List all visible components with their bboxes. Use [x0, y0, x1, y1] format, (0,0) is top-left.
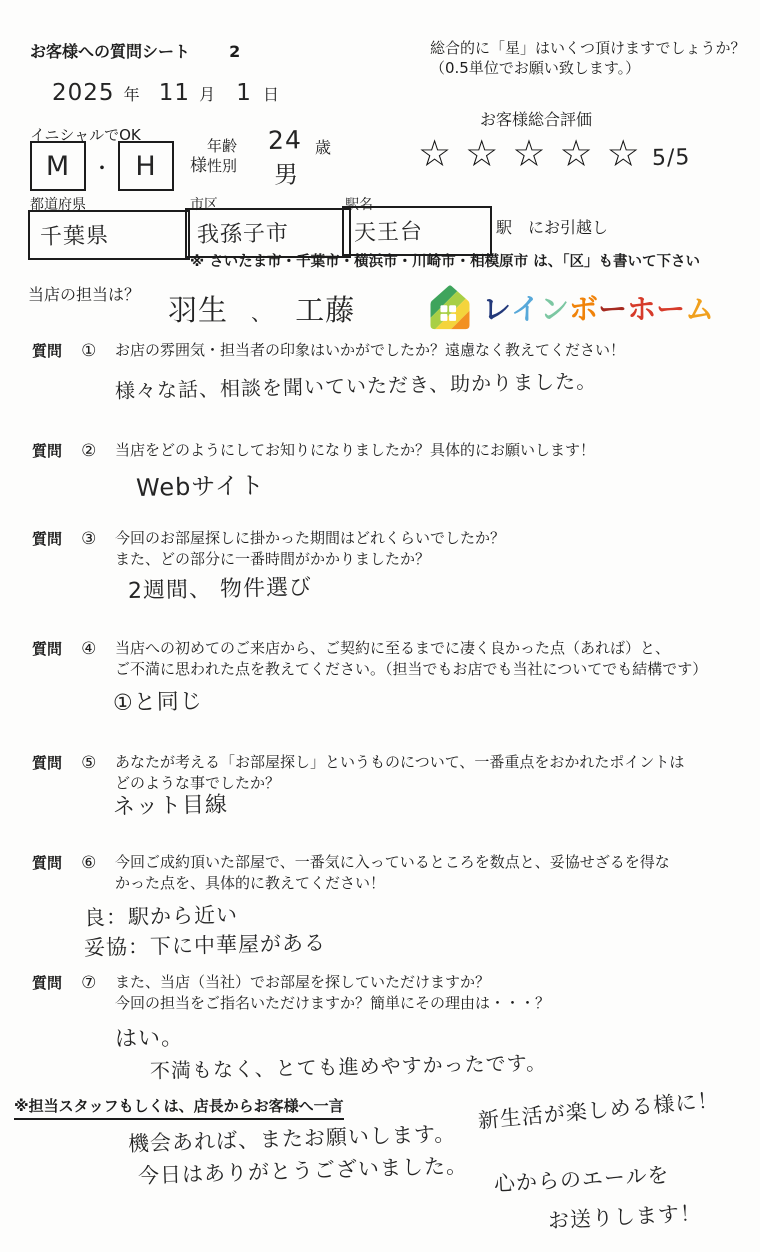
- question-6-text-line1: 今回ご成約頂いた部屋で、一番気に入っているところを数点と、妥協せざるを得な: [115, 852, 670, 873]
- rainbow-house-icon: [424, 281, 476, 333]
- question-4-answer-handwritten: ①と同じ: [113, 684, 203, 717]
- age-gender-labels: 年齢 性別: [207, 136, 237, 176]
- question-5-text-line1: あなたが考える「お部屋探し」というものについて、一番重点をおかれたポイントは: [115, 752, 684, 773]
- footer-heading: ※担当スタッフもしくは、店長からお客様へ一言: [14, 1095, 344, 1120]
- question-2-label: 質問: [32, 442, 62, 460]
- initial-group: M ・ H 様: [30, 141, 207, 191]
- initial-last-handwritten: H: [135, 151, 156, 182]
- question-7-answer2-handwritten: 不満もなく、とても進めやすかったです。: [150, 1047, 548, 1084]
- logo-char: イ: [511, 287, 540, 328]
- question-1-label: 質問: [32, 342, 62, 360]
- initial-first-box: M: [30, 141, 86, 191]
- age-value-handwritten: 24: [268, 125, 302, 155]
- logo-char: レ: [482, 287, 511, 328]
- questionnaire-sheet: お客様への質問シート 2 総合的に「星」はいくつ頂けますでしょうか？ （0.5単…: [0, 0, 760, 1252]
- question-7-answer1-handwritten: はい。: [115, 1021, 185, 1053]
- age-label: 年齢: [207, 136, 237, 156]
- question-2-text: 当店をどのようにしてお知りになりましたか？具体的にお願いします！: [115, 440, 595, 461]
- logo-char: ボ: [569, 287, 598, 328]
- cheer-line1-handwritten: 新生活が楽しめる様に！: [477, 1084, 721, 1135]
- question-2: 質問 ② 当店をどのようにしてお知りになりましたか？具体的にお願いします！: [32, 440, 96, 461]
- question-5-answer-handwritten: ネット目線: [113, 788, 229, 821]
- question-4-number: ④: [81, 639, 96, 659]
- logo-char: ホ: [627, 287, 656, 328]
- date-day-label: 日: [263, 85, 279, 104]
- gender-value-handwritten: 男: [274, 154, 300, 190]
- question-6-label: 質問: [32, 854, 62, 872]
- question-6-answer2-handwritten: 妥協：下に中華屋がある: [84, 927, 327, 962]
- question-6-answer1-handwritten: 良：駅から近い: [84, 899, 239, 932]
- date-month-label: 月: [199, 85, 215, 104]
- question-3: 質問 ③ 今回のお部屋探しに掛かった期間はどれくらいでしたか？ また、どの部分に…: [32, 528, 96, 549]
- question-1-answer-handwritten: 様々な話、相談を聞いていただき、助かりました。: [115, 365, 598, 404]
- prefecture-box: 千葉県: [28, 210, 190, 260]
- date-month-handwritten: 11: [159, 80, 190, 106]
- station-box: 天王台: [342, 206, 492, 256]
- question-1-number: ①: [81, 341, 96, 361]
- question-4-text-line2: ご不満に思われた点を教えてください。（担当でもお店でも当社についてでも結構です）: [115, 659, 707, 680]
- station-suffix: 駅 にお引越し: [496, 218, 608, 238]
- question-2-answer-handwritten: Webサイト: [136, 465, 265, 503]
- page-title: お客様への質問シート: [30, 42, 190, 61]
- initial-first-handwritten: M: [46, 151, 70, 182]
- question-6-number: ⑥: [81, 853, 96, 873]
- question-3-number: ③: [81, 529, 96, 549]
- cheer-line3-handwritten: お送りします！: [547, 1197, 702, 1235]
- logo-char: ム: [685, 287, 714, 328]
- gender-label: 性別: [207, 156, 237, 176]
- initial-separator: ・: [92, 152, 112, 181]
- staff-name-2: 工藤: [295, 293, 355, 327]
- logo-char: ー: [656, 287, 685, 328]
- logo-text: レインボーホーム: [482, 287, 714, 328]
- staff-names-handwritten: 羽生 、 工藤: [168, 288, 355, 329]
- question-3-answer-handwritten: 2週間、 物件選び: [128, 570, 313, 605]
- rating-question-line1: 総合的に「星」はいくつ頂けますでしょうか？: [430, 38, 745, 58]
- staff-name-1: 羽生: [168, 293, 228, 327]
- logo-char: ー: [598, 287, 627, 328]
- question-3-label: 質問: [32, 530, 62, 548]
- rating-label: お客様総合評価: [480, 110, 592, 130]
- cheer-line2-handwritten: 心からのエールを: [493, 1159, 670, 1198]
- initial-last-box: H: [118, 141, 174, 191]
- question-7-label: 質問: [32, 974, 62, 992]
- question-6-text-line2: かった点を、具体的に教えてください！: [115, 873, 670, 894]
- question-4-label: 質問: [32, 640, 62, 658]
- question-7-number: ⑦: [81, 973, 96, 993]
- address-note: ※ さいたま市・千葉市・横浜市・川崎市・相模原市 は、「区」も書いて下さい: [190, 250, 700, 271]
- question-1-text: お店の雰囲気・担当者の印象はいかがでしたか？遠慮なく教えてください！: [115, 340, 625, 361]
- question-6: 質問 ⑥ 今回ご成約頂いた部屋で、一番気に入っているところを数点と、妥協せざるを…: [32, 852, 96, 873]
- company-logo: レインボーホーム: [424, 281, 714, 333]
- prefecture-value-handwritten: 千葉県: [40, 218, 110, 250]
- station-value-handwritten: 天王台: [354, 214, 424, 246]
- rating-question: 総合的に「星」はいくつ頂けますでしょうか？ （0.5単位でお願い致します。）: [430, 38, 745, 78]
- question-1: 質問 ① お店の雰囲気・担当者の印象はいかがでしたか？遠慮なく教えてください！: [32, 340, 96, 361]
- date-day-handwritten: 1: [236, 80, 252, 106]
- header-title-row: お客様への質問シート 2: [30, 42, 240, 62]
- question-7-text-line2: 今回の担当をご指名いただけますか？簡単にその理由は・・・？: [115, 993, 550, 1014]
- sheet-number: 2: [229, 42, 240, 61]
- logo-char: ン: [540, 287, 569, 328]
- city-value-handwritten: 我孫子市: [197, 216, 290, 249]
- question-4-text-line1: 当店への初めてのご来店から、ご契約に至るまでに凄く良かった点（あれば）と、: [115, 638, 707, 659]
- star-rating-icons: ☆☆☆☆☆: [418, 132, 654, 175]
- date-year-handwritten: 2025: [52, 80, 115, 106]
- staff-name-separator: 、: [251, 301, 272, 325]
- question-4: 質問 ④ 当店への初めてのご来店から、ご契約に至るまでに凄く良かった点（あれば）…: [32, 638, 96, 659]
- rating-score-handwritten: 5/5: [652, 145, 691, 171]
- honorific-label: 様: [190, 156, 207, 176]
- question-2-number: ②: [81, 441, 96, 461]
- date-year-label: 年: [124, 85, 140, 104]
- question-5-label: 質問: [32, 754, 62, 772]
- date-row: 2025 年 11 月 1 日: [52, 80, 279, 106]
- staff-question: 当店の担当は？: [28, 285, 140, 305]
- question-3-text-line2: また、どの部分に一番時間がかかりましたか？: [115, 549, 505, 570]
- question-5: 質問 ⑤ あなたが考える「お部屋探し」というものについて、一番重点をおかれたポイ…: [32, 752, 96, 773]
- question-7-text-line1: また、当店（当社）でお部屋を探していただけますか？: [115, 972, 550, 993]
- rating-question-line2: （0.5単位でお願い致します。）: [430, 58, 745, 78]
- question-7: 質問 ⑦ また、当店（当社）でお部屋を探していただけますか？ 今回の担当をご指名…: [32, 972, 96, 993]
- question-5-number: ⑤: [81, 753, 96, 773]
- question-3-text-line1: 今回のお部屋探しに掛かった期間はどれくらいでしたか？: [115, 528, 505, 549]
- age-unit-label: 歳: [315, 138, 331, 158]
